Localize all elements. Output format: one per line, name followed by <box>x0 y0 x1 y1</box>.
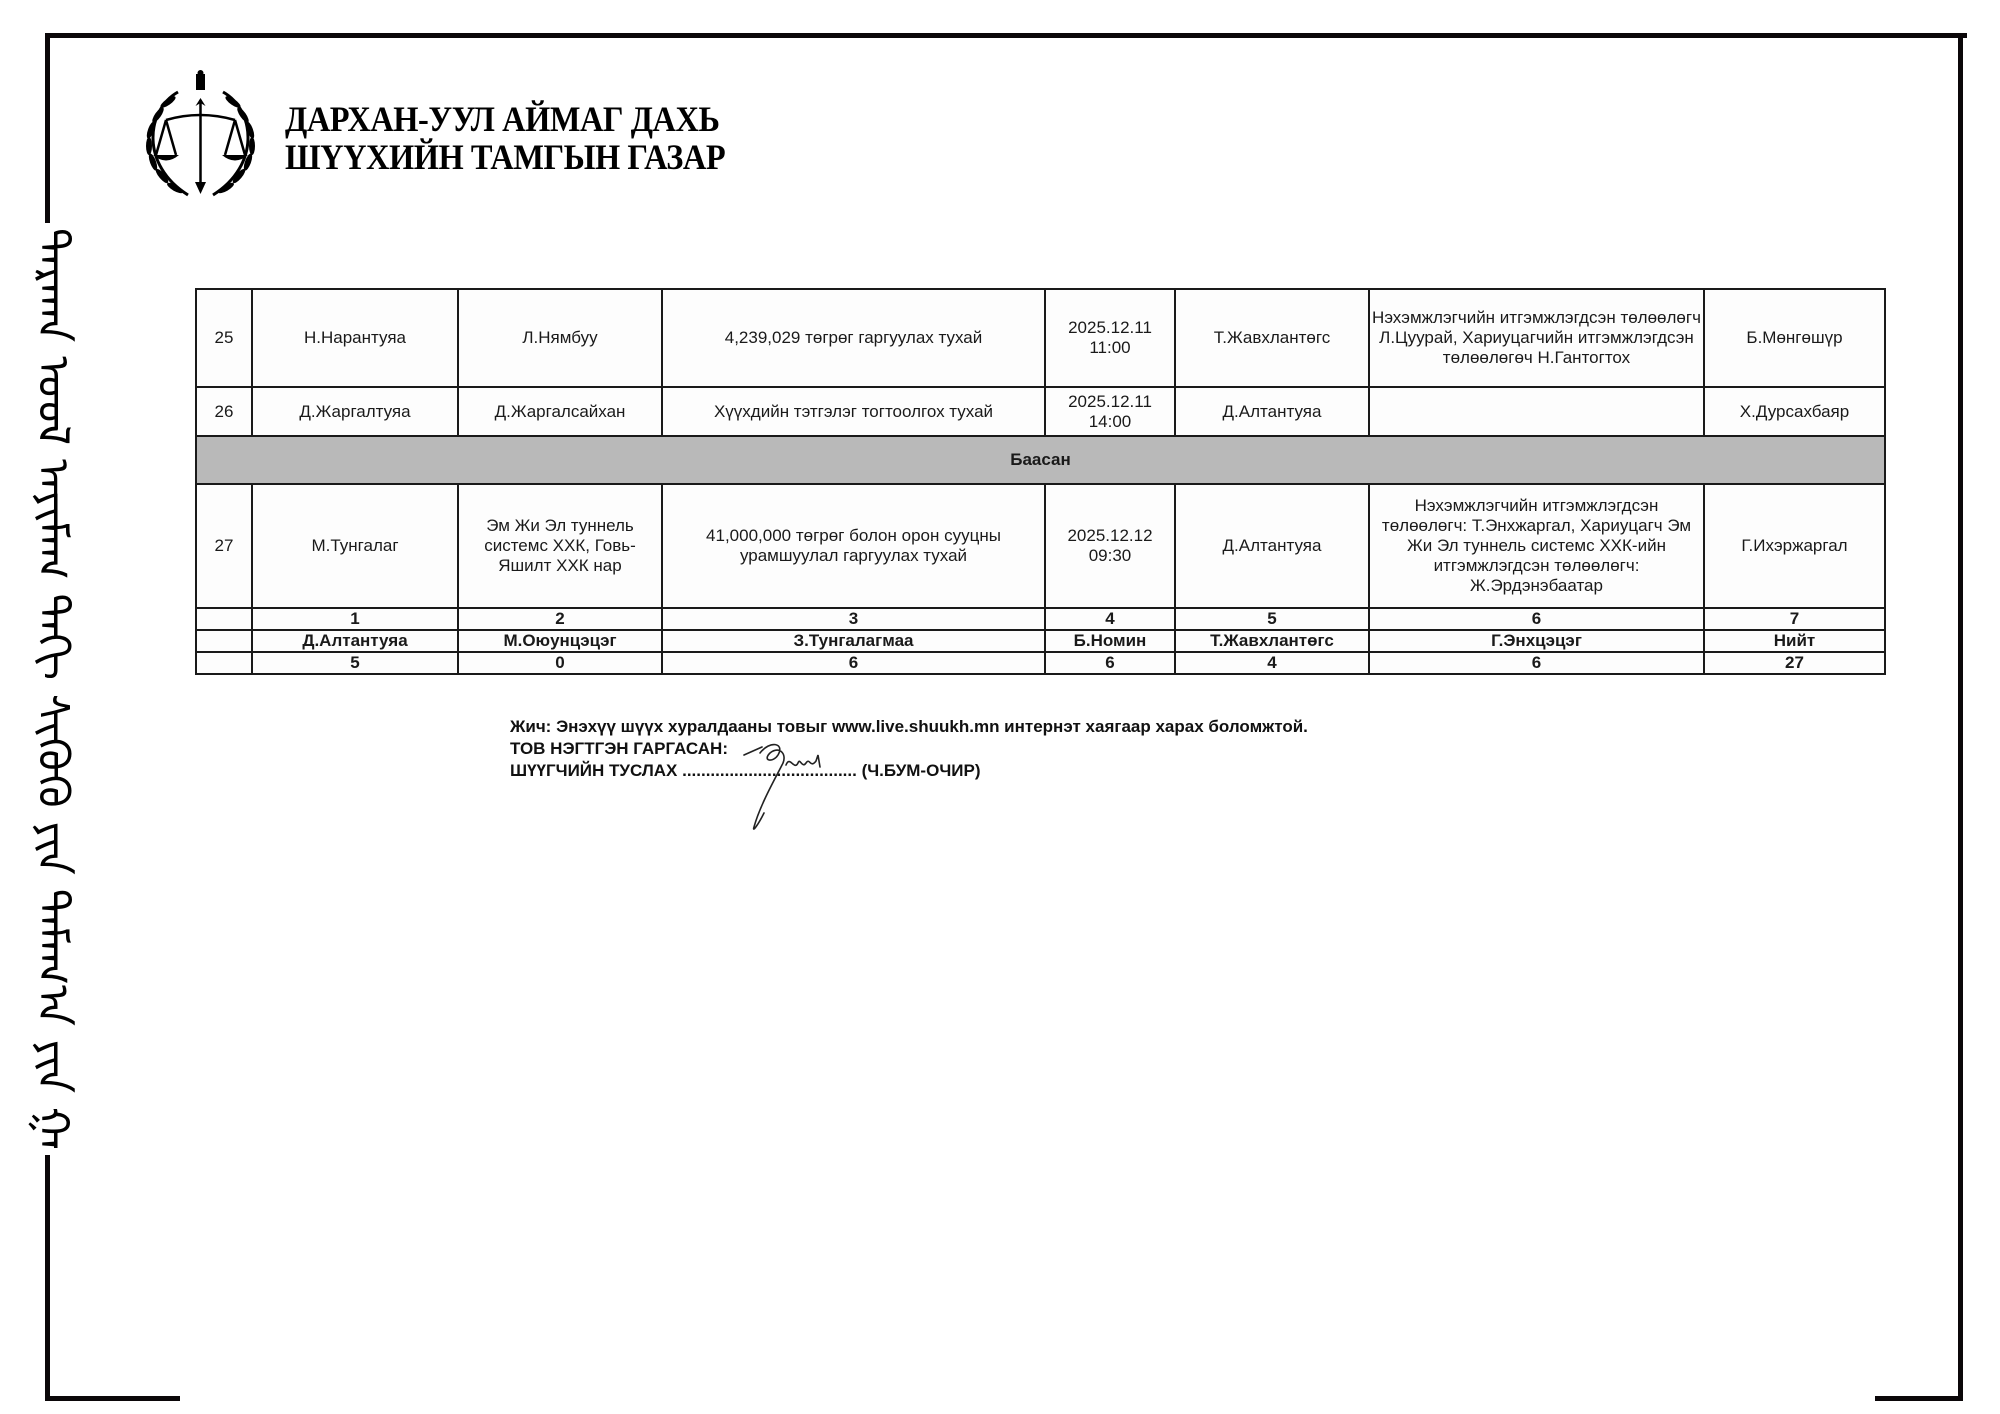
hearing-datetime: 2025.12.11 14:00 <box>1045 387 1175 436</box>
summary-count: 5 <box>252 652 458 674</box>
frame-left-border-top <box>45 33 50 223</box>
summary-judge: Б.Номин <box>1045 630 1175 652</box>
claim: 41,000,000 төгрөг болон орон сууцны урам… <box>662 484 1045 608</box>
summary-blank <box>196 652 252 674</box>
summary-count: 0 <box>458 652 662 674</box>
hearing-date: 2025.12.11 <box>1048 318 1172 338</box>
hearing-time: 11:00 <box>1048 338 1172 358</box>
participants: Нэхэмжлэгчийн итгэмжлэгдсэн төлөөлөгч: Т… <box>1369 484 1704 608</box>
hearing-datetime: 2025.12.12 09:30 <box>1045 484 1175 608</box>
summary-index: 1 <box>252 608 458 630</box>
summary-count: 6 <box>662 652 1045 674</box>
vertical-mongolian-script: ᠳᠠᠷᠬᠠᠨ ᠤᠤᠯ ᠠᠶᠢᠮᠠᠭ ᠳᠠᠬᠢ ᠱᠢᠭᠦᠬᠦ ᠶᠢᠨ ᠲᠠᠮᠠᠭ᠎… <box>22 228 82 1148</box>
summary-total-count: 27 <box>1704 652 1885 674</box>
day-label: Баасан <box>196 436 1885 484</box>
plaintiff: М.Тунгалаг <box>252 484 458 608</box>
summary-total-label: Нийт <box>1704 630 1885 652</box>
note-assistant-signature-line: ШҮҮГЧИЙН ТУСЛАХ ........................… <box>510 760 1308 782</box>
signature-icon <box>740 735 870 835</box>
summary-judge: З.Тунгалагмаа <box>662 630 1045 652</box>
hearing-schedule-table: 25 Н.Нарантуяа Л.Нямбуу 4,239,029 төгрөг… <box>195 288 1886 675</box>
summary-index: 6 <box>1369 608 1704 630</box>
note-website: Жич: Энэхүү шүүх хуралдааны товыг www.li… <box>510 716 1308 738</box>
judge: Д.Алтантуяа <box>1175 387 1369 436</box>
day-separator-row: Баасан <box>196 436 1885 484</box>
defendant: Эм Жи Эл туннель системс ХХК, Говь-Яшилт… <box>458 484 662 608</box>
frame-bottom-border-right <box>1875 1396 1963 1401</box>
summary-index: 7 <box>1704 608 1885 630</box>
summary-judges-row: Д.Алтантуяа М.Оюунцэцэг З.Тунгалагмаа Б.… <box>196 630 1885 652</box>
defendant: Л.Нямбуу <box>458 289 662 387</box>
summary-count: 6 <box>1045 652 1175 674</box>
frame-right-border <box>1958 33 1963 1401</box>
footer-notes: Жич: Энэхүү шүүх хуралдааны товыг www.li… <box>510 716 1308 782</box>
organization-title-line2: ШҮҮХИЙН ТАМГЫН ГАЗАР <box>285 138 725 176</box>
summary-count: 4 <box>1175 652 1369 674</box>
frame-bottom-border-left <box>45 1396 180 1401</box>
frame-left-border-bottom <box>45 1155 50 1401</box>
hearing-date: 2025.12.11 <box>1048 392 1172 412</box>
case-number: 27 <box>196 484 252 608</box>
secretary: Г.Ихэржаргал <box>1704 484 1885 608</box>
summary-index: 3 <box>662 608 1045 630</box>
summary-index: 5 <box>1175 608 1369 630</box>
hearing-datetime: 2025.12.11 11:00 <box>1045 289 1175 387</box>
claim: 4,239,029 төгрөг гаргуулах тухай <box>662 289 1045 387</box>
summary-judge: М.Оюунцэцэг <box>458 630 662 652</box>
claim: Хүүхдийн тэтгэлэг тогтоолгох тухай <box>662 387 1045 436</box>
secretary: Х.Дурсахбаяр <box>1704 387 1885 436</box>
hearing-time: 14:00 <box>1048 412 1172 432</box>
defendant: Д.Жаргалсайхан <box>458 387 662 436</box>
summary-count: 6 <box>1369 652 1704 674</box>
case-number: 26 <box>196 387 252 436</box>
table-row: 27 М.Тунгалаг Эм Жи Эл туннель системс Х… <box>196 484 1885 608</box>
hearing-date: 2025.12.12 <box>1048 526 1172 546</box>
summary-index: 4 <box>1045 608 1175 630</box>
organization-title-line1: ДАРХАН-УУЛ АЙМАГ ДАХЬ <box>285 100 725 138</box>
case-number: 25 <box>196 289 252 387</box>
hearing-time: 09:30 <box>1048 546 1172 566</box>
judge: Т.Жавхлантөгс <box>1175 289 1369 387</box>
summary-index: 2 <box>458 608 662 630</box>
summary-blank <box>196 630 252 652</box>
organization-title: ДАРХАН-УУЛ АЙМАГ ДАХЬ ШҮҮХИЙН ТАМГЫН ГАЗ… <box>285 100 725 176</box>
plaintiff: Н.Нарантуяа <box>252 289 458 387</box>
summary-blank <box>196 608 252 630</box>
summary-counts-row: 5 0 6 6 4 6 27 <box>196 652 1885 674</box>
judge: Д.Алтантуяа <box>1175 484 1369 608</box>
participants: Нэхэмжлэгчийн итгэмжлэгдсэн төлөөлөгч Л.… <box>1369 289 1704 387</box>
summary-judge: Г.Энхцэцэг <box>1369 630 1704 652</box>
summary-index-row: 1 2 3 4 5 6 7 <box>196 608 1885 630</box>
note-compiled-by: ТОВ НЭГТГЭН ГАРГАСАН: <box>510 738 1308 760</box>
table-row: 26 Д.Жаргалтуяа Д.Жаргалсайхан Хүүхдийн … <box>196 387 1885 436</box>
secretary: Б.Мөнгөшүр <box>1704 289 1885 387</box>
table-row: 25 Н.Нарантуяа Л.Нямбуу 4,239,029 төгрөг… <box>196 289 1885 387</box>
participants <box>1369 387 1704 436</box>
plaintiff: Д.Жаргалтуяа <box>252 387 458 436</box>
frame-top-border <box>45 33 1967 38</box>
summary-judge: Д.Алтантуяа <box>252 630 458 652</box>
court-emblem-icon <box>138 70 263 210</box>
summary-judge: Т.Жавхлантөгс <box>1175 630 1369 652</box>
